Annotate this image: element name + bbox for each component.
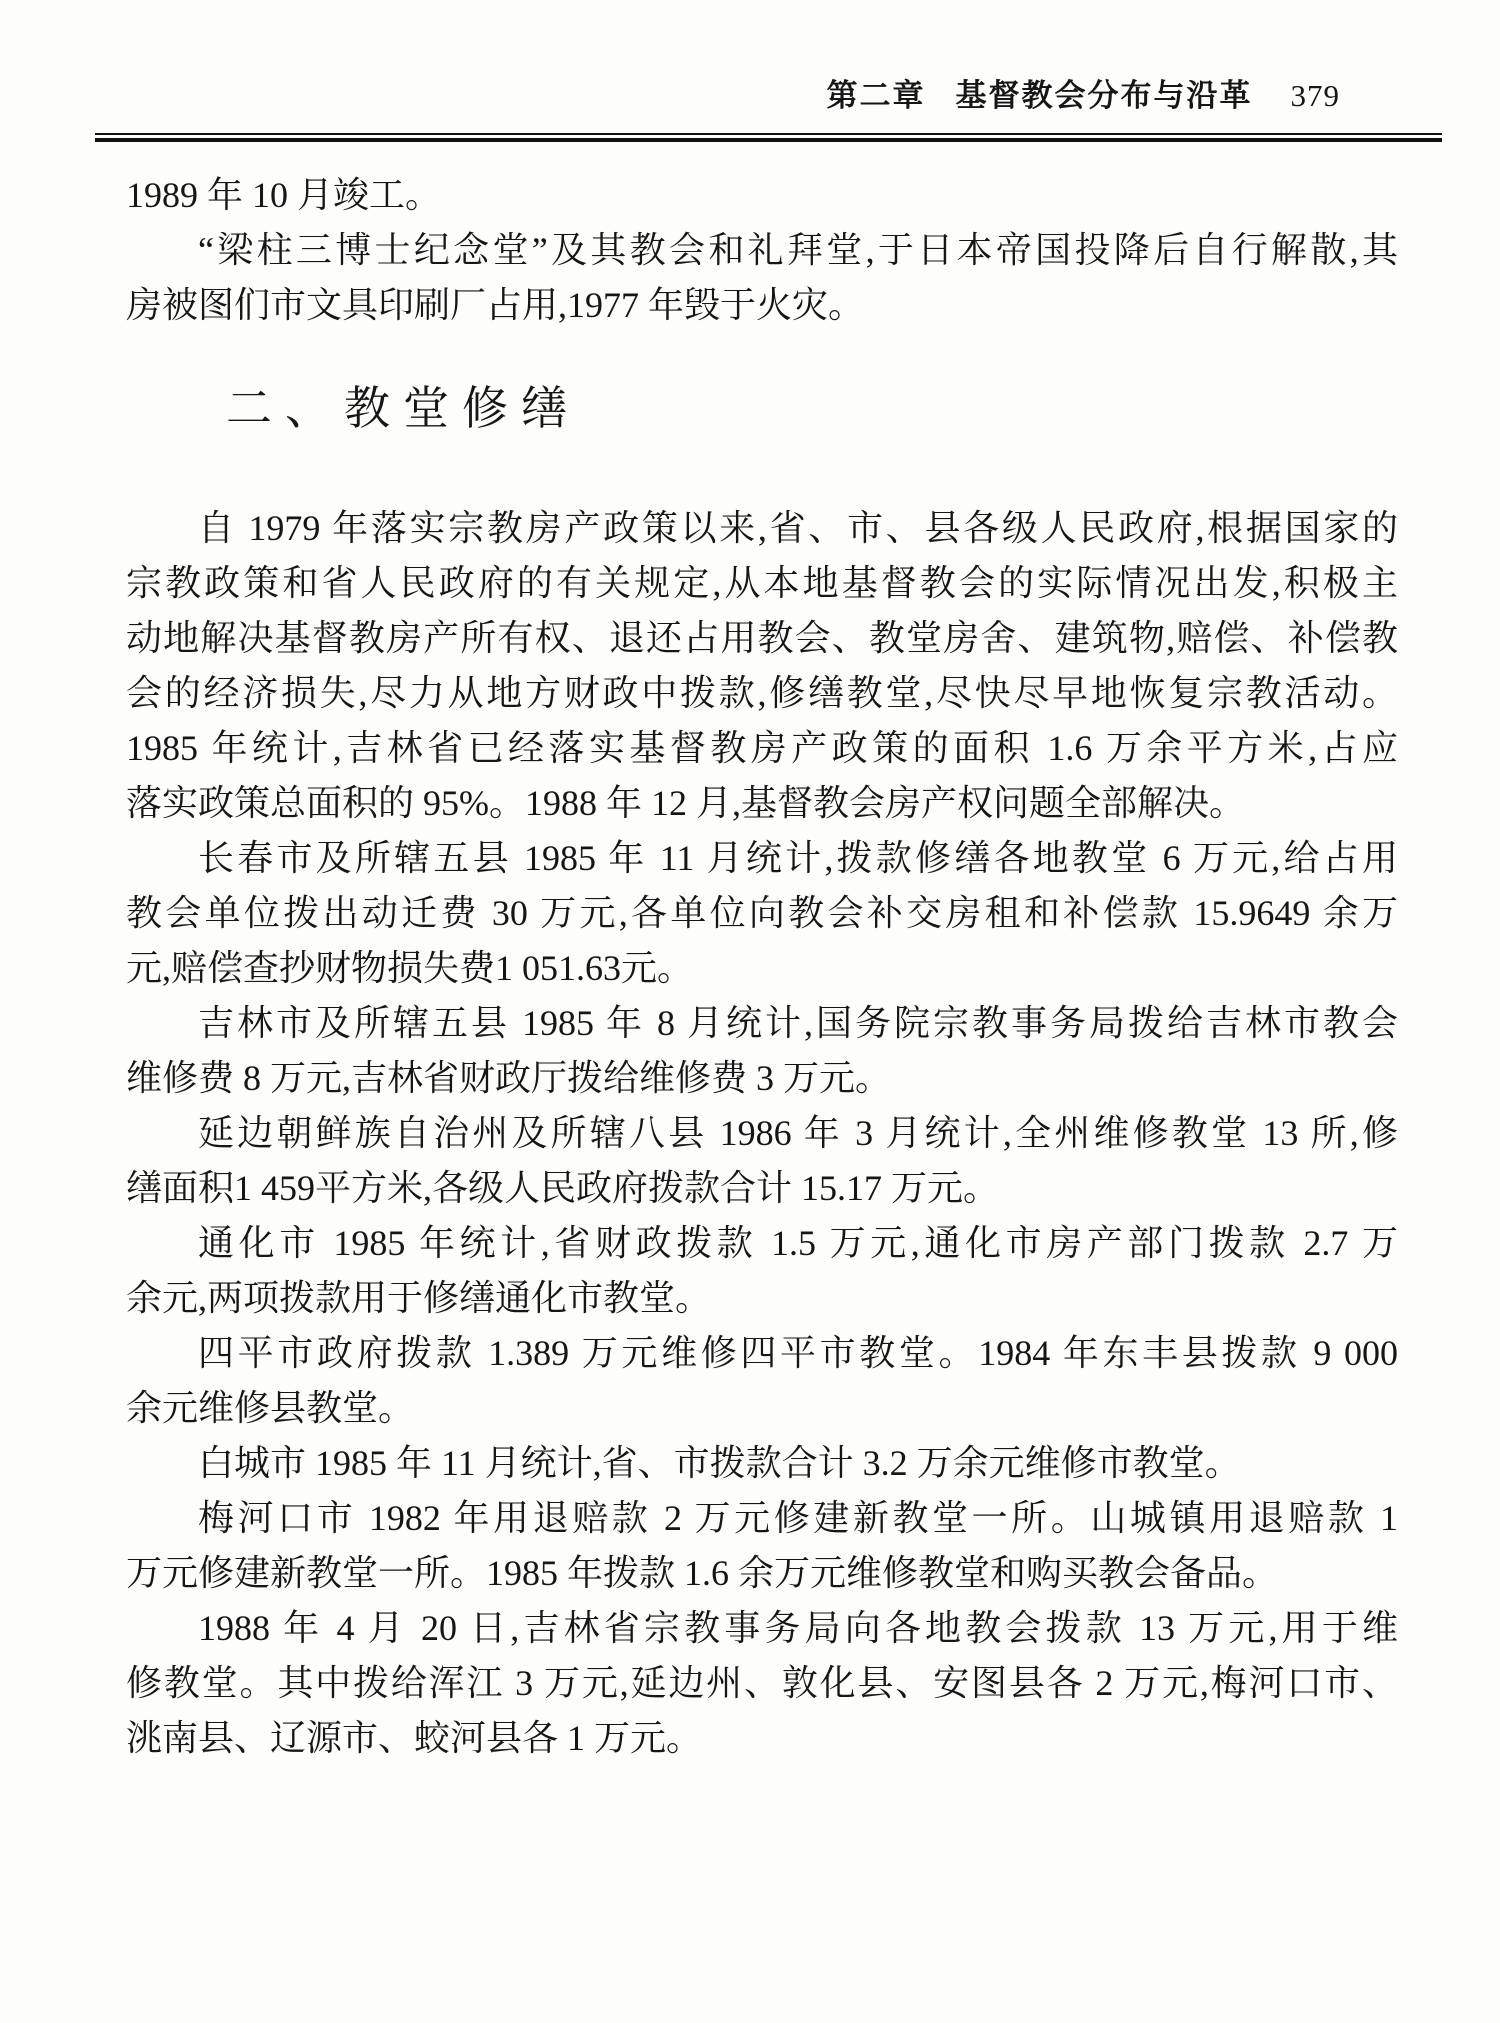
text-line: 自 1979 年落实宗教房产政策以来,省、市、县各级人民政府,根据国家的 — [126, 501, 1398, 556]
text-line: 会的经济损失,尽力从地方财政中拨款,修缮教堂,尽快尽早地恢复宗教活动。 — [126, 666, 1398, 721]
text-line: 缮面积1 459平方米,各级人民政府拨款合计 15.17 万元。 — [126, 1161, 1398, 1216]
text-line: 教会单位拨出动迁费 30 万元,各单位向教会补交房租和补偿款 15.9649 余… — [126, 886, 1398, 941]
text-line: 房被图们市文具印刷厂占用,1977 年毁于火灾。 — [126, 278, 1398, 333]
running-head: 第二章基督教会分布与沿革379 — [827, 78, 1341, 114]
text-line: 万元修建新教堂一所。1985 年拨款 1.6 余万元维修教堂和购买教会备品。 — [126, 1546, 1398, 1601]
text-line: 宗教政策和省人民政府的有关规定,从本地基督教会的实际情况出发,积极主 — [126, 556, 1398, 611]
text-line: 洮南县、辽源市、蛟河县各 1 万元。 — [126, 1711, 1398, 1766]
text-line: 1989 年 10 月竣工。 — [126, 168, 1398, 223]
text-line: 1988 年 4 月 20 日,吉林省宗教事务局向各地教会拨款 13 万元,用于… — [126, 1601, 1398, 1656]
text-line: 动地解决基督教房产所有权、退还占用教会、教堂房舍、建筑物,赔偿、补偿教 — [126, 611, 1398, 666]
intro-paragraphs: 1989 年 10 月竣工。 “梁柱三博士纪念堂”及其教会和礼拜堂,于日本帝国投… — [126, 168, 1398, 333]
text-line: 延边朝鲜族自治州及所辖八县 1986 年 3 月统计,全州维修教堂 13 所,修 — [126, 1106, 1398, 1161]
section-heading: 二、教堂修缮 — [226, 380, 580, 438]
header-rule — [95, 133, 1442, 142]
text-line: 梅河口市 1982 年用退赔款 2 万元修建新教堂一所。山城镇用退赔款 1 — [126, 1491, 1398, 1546]
body-paragraphs: 自 1979 年落实宗教房产政策以来,省、市、县各级人民政府,根据国家的 宗教政… — [126, 501, 1398, 1766]
text-line: 1985 年统计,吉林省已经落实基督教房产政策的面积 1.6 万余平方米,占应 — [126, 721, 1398, 776]
text-line: 余元维修县教堂。 — [126, 1381, 1398, 1436]
page-number: 379 — [1291, 78, 1341, 113]
text-line: 维修费 8 万元,吉林省财政厅拨给维修费 3 万元。 — [126, 1051, 1398, 1106]
chapter-label: 第二章 — [827, 78, 926, 113]
text-line: 四平市政府拨款 1.389 万元维修四平市教堂。1984 年东丰县拨款 9 00… — [126, 1326, 1398, 1381]
text-line: 长春市及所辖五县 1985 年 11 月统计,拨款修缮各地教堂 6 万元,给占用 — [126, 831, 1398, 886]
text-line: 吉林市及所辖五县 1985 年 8 月统计,国务院宗教事务局拨给吉林市教会 — [126, 996, 1398, 1051]
text-line: 落实政策总面积的 95%。1988 年 12 月,基督教会房产权问题全部解决。 — [126, 776, 1398, 831]
text-line: 白城市 1985 年 11 月统计,省、市拨款合计 3.2 万余元维修市教堂。 — [126, 1436, 1398, 1491]
text-line: 元,赔偿查抄财物损失费1 051.63元。 — [126, 941, 1398, 996]
text-line: 通化市 1985 年统计,省财政拨款 1.5 万元,通化市房产部门拨款 2.7 … — [126, 1216, 1398, 1271]
text-line: 修教堂。其中拨给浑江 3 万元,延边州、敦化县、安图县各 2 万元,梅河口市、 — [126, 1656, 1398, 1711]
chapter-title: 基督教会分布与沿革 — [956, 78, 1253, 113]
text-line: 余元,两项拨款用于修缮通化市教堂。 — [126, 1271, 1398, 1326]
page: 第二章基督教会分布与沿革379 1989 年 10 月竣工。 “梁柱三博士纪念堂… — [0, 0, 1500, 2023]
text-line: “梁柱三博士纪念堂”及其教会和礼拜堂,于日本帝国投降后自行解散,其 — [126, 223, 1398, 278]
